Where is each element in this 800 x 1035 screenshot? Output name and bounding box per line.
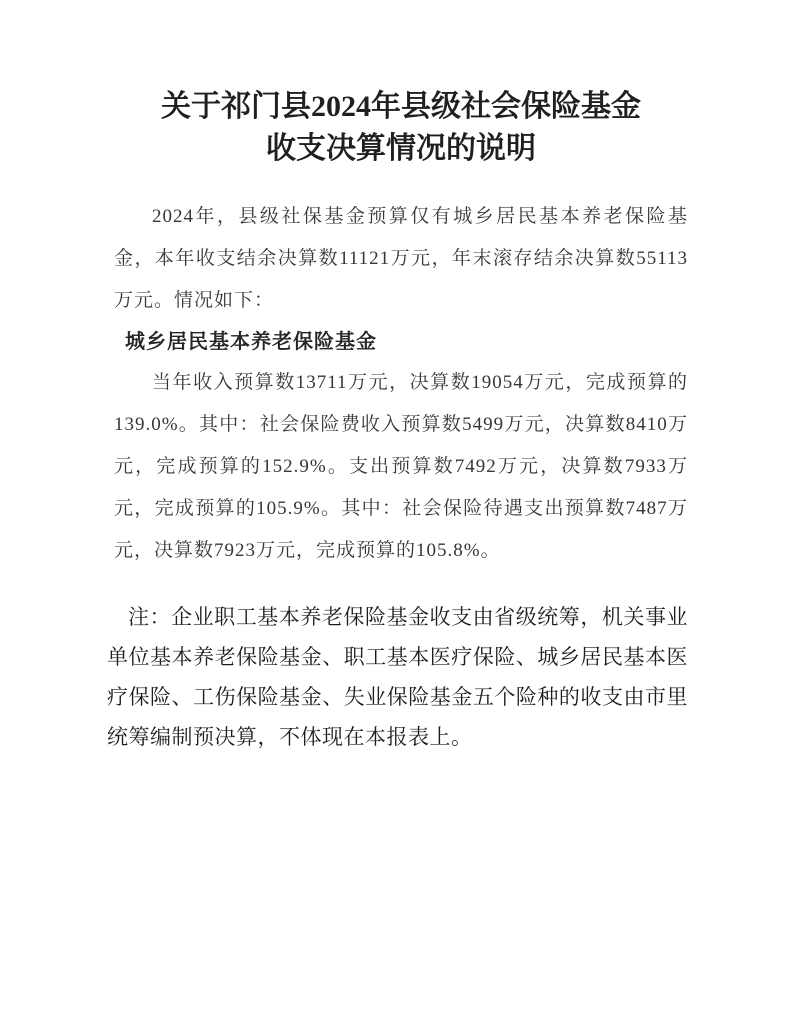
document-page: 关于祁门县2024年县级社会保险基金 收支决算情况的说明 2024年，县级社保基…: [0, 0, 800, 1035]
document-title-line1: 关于祁门县2024年县级社会保险基金: [114, 86, 688, 128]
intro-paragraph: 2024年，县级社保基金预算仅有城乡居民基本养老保险基金，本年收支结余决算数11…: [114, 196, 688, 322]
document-title-line2: 收支决算情况的说明: [114, 128, 688, 170]
note-paragraph: 注：企业职工基本养老保险基金收支由省级统筹，机关事业单位基本养老保险基金、职工基…: [107, 598, 688, 758]
document-title: 关于祁门县2024年县级社会保险基金 收支决算情况的说明: [114, 86, 688, 170]
section-heading-urban-rural-pension-fund: 城乡居民基本养老保险基金: [114, 322, 688, 362]
section-body-paragraph: 当年收入预算数13711万元，决算数19054万元，完成预算的139.0%。其中…: [114, 362, 688, 572]
